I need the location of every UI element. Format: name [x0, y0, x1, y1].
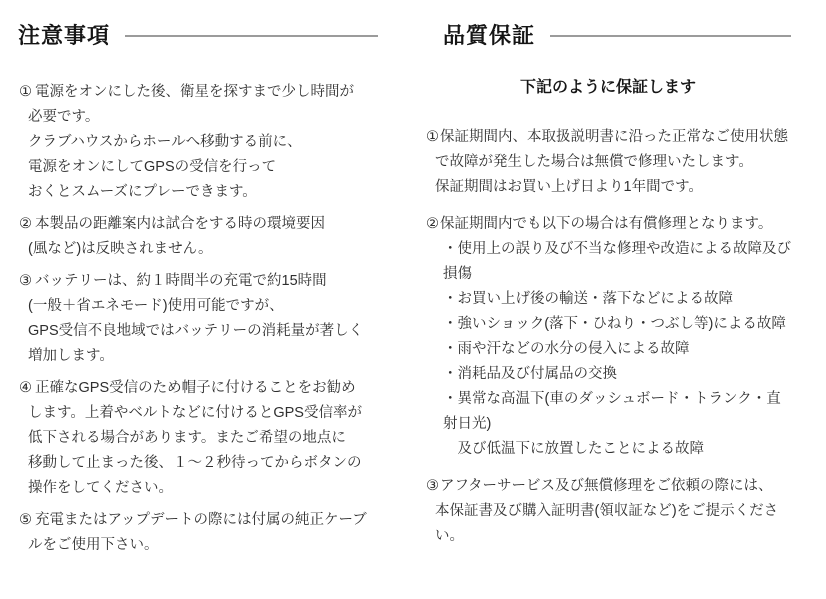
item-text: 正確なGPS受信のため帽子に付けることをお勧め します。上着やベルトなどに付ける…	[28, 376, 378, 501]
item-text: 本製品の距離案内は試合をする時の環境要因 (風など)は反映されません。	[28, 212, 378, 262]
precaution-item-2: ② 本製品の距離案内は試合をする時の環境要因 (風など)は反映されません。	[18, 212, 378, 262]
item-text: バッテリーは、約１時間半の充電で約15時間 (一般＋省エネモード)使用可能ですが…	[28, 269, 378, 369]
item-number: ②	[19, 212, 32, 237]
item-number: ②	[426, 212, 439, 237]
warranty-subtitle: 下記のように保証します	[425, 78, 791, 98]
precautions-list: ① 電源をオンにした後、衛星を探すまで少し時間が 必要です。 クラブハウスからホ…	[18, 80, 378, 558]
item-number: ①	[426, 125, 439, 150]
warranty-header: 品質保証	[425, 24, 791, 48]
precaution-item-5: ⑤ 充電またはアップデートの際には付属の純正ケーブ ルをご使用下さい。	[18, 508, 378, 558]
warranty-item-3: ③ アフターサービス及び無償修理をご依頼の際には、 本保証書及び購入証明書(領収…	[425, 474, 791, 549]
warranty-item-2-bullets: ・使用上の誤り及び不当な修理や改造による故障及び損傷 ・お買い上げ後の輸送・落下…	[435, 237, 791, 462]
item-number: ④	[19, 376, 32, 401]
precautions-section: 注意事項 ① 電源をオンにした後、衛星を探すまで少し時間が 必要です。 クラブハ…	[18, 24, 378, 565]
precautions-title: 注意事項	[18, 24, 110, 48]
item-number: ③	[426, 474, 439, 499]
item-text: アフターサービス及び無償修理をご依頼の際には、 本保証書及び購入証明書(領収証な…	[435, 474, 791, 549]
precautions-header: 注意事項	[18, 24, 378, 48]
item-number: ①	[19, 80, 32, 105]
warranty-header-rule	[550, 35, 791, 37]
item-text: 電源をオンにした後、衛星を探すまで少し時間が 必要です。 クラブハウスからホール…	[28, 80, 378, 205]
precautions-header-rule	[125, 35, 378, 37]
manual-page: 注意事項 ① 電源をオンにした後、衛星を探すまで少し時間が 必要です。 クラブハ…	[0, 0, 826, 599]
warranty-item-2: ② 保証期間内でも以下の場合は有償修理となります。 ・使用上の誤り及び不当な修理…	[425, 212, 791, 462]
warranty-title: 品質保証	[443, 24, 535, 48]
warranty-section: 品質保証 下記のように保証します ① 保証期間内、本取扱説明書に沿った正常なご使…	[425, 24, 791, 561]
precaution-item-3: ③ バッテリーは、約１時間半の充電で約15時間 (一般＋省エネモード)使用可能で…	[18, 269, 378, 369]
item-number: ⑤	[19, 508, 32, 533]
item-text: 充電またはアップデートの際には付属の純正ケーブ ルをご使用下さい。	[28, 508, 378, 558]
warranty-list: ① 保証期間内、本取扱説明書に沿った正常なご使用状態 で故障が発生した場合は無償…	[425, 125, 791, 549]
warranty-item-1: ① 保証期間内、本取扱説明書に沿った正常なご使用状態 で故障が発生した場合は無償…	[425, 125, 791, 200]
item-text: 保証期間内でも以下の場合は有償修理となります。	[435, 212, 791, 237]
precaution-item-4: ④ 正確なGPS受信のため帽子に付けることをお勧め します。上着やベルトなどに付…	[18, 376, 378, 501]
item-text: 保証期間内、本取扱説明書に沿った正常なご使用状態 で故障が発生した場合は無償で修…	[435, 125, 791, 200]
item-number: ③	[19, 269, 32, 294]
precaution-item-1: ① 電源をオンにした後、衛星を探すまで少し時間が 必要です。 クラブハウスからホ…	[18, 80, 378, 205]
